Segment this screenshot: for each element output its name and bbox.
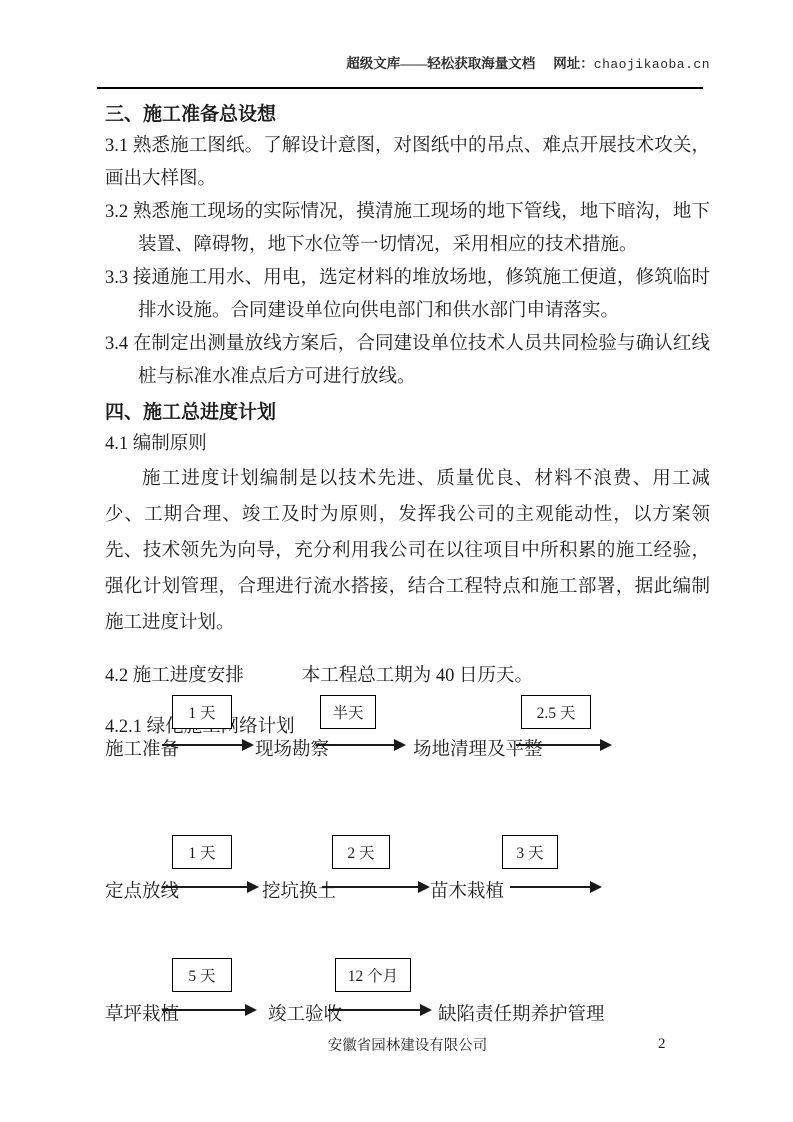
paragraph-3-2: 3.2 熟悉施工现场的实际情况，摸清施工现场的地下管线，地下暗沟，地下装置、障碍… bbox=[105, 196, 710, 262]
heading-4-1: 4.1 编制原则 bbox=[105, 428, 710, 461]
footer-page-number: 2 bbox=[658, 1036, 666, 1053]
flow-step-label: 竣工验收 bbox=[268, 1005, 342, 1025]
flow-step-label: 场地清理及平整 bbox=[413, 740, 543, 760]
flow-step-label: 定点放线 bbox=[105, 882, 179, 902]
duration-box: 半天 bbox=[320, 695, 376, 729]
flow-arrow bbox=[316, 744, 394, 746]
flow-arrow bbox=[328, 1009, 420, 1011]
header-url: chaojikaoba.cn bbox=[594, 57, 710, 72]
section-4-title: 四、施工总进度计划 bbox=[105, 398, 710, 428]
flow-arrow bbox=[516, 744, 600, 746]
paragraph-3-1: 3.1 熟悉施工图纸。了解设计意图，对图纸中的吊点、难点开展技术攻关，画出大样图… bbox=[105, 130, 710, 196]
flow-arrow bbox=[322, 886, 418, 888]
paragraph-3-4: 3.4 在制定出测量放线方案后，合同建设单位技术人员共同检验与确认红线桩与标准水… bbox=[105, 328, 710, 394]
duration-box: 12 个月 bbox=[335, 958, 411, 992]
flow-step-label: 施工准备 bbox=[105, 740, 179, 760]
paragraph-4-1-body: 施工进度计划编制是以技术先进、质量优良、材料不浪费、用工减少、工期合理、竣工及时… bbox=[105, 461, 710, 641]
flow-step-label: 缺陷责任期养护管理 bbox=[438, 1005, 605, 1025]
flow-step-label: 挖坑换土 bbox=[262, 882, 336, 902]
paragraph-3-3: 3.3 接通施工用水、用电，选定材料的堆放场地，修筑施工便道，修筑临时排水设施。… bbox=[105, 262, 710, 328]
flow-step-label: 草坪栽植 bbox=[105, 1005, 179, 1025]
footer-company-name: 安徽省园林建设有限公司 bbox=[105, 1034, 710, 1055]
flow-arrow bbox=[162, 1009, 245, 1011]
duration-box: 1 天 bbox=[172, 695, 232, 729]
heading-4-2: 4.2 施工进度安排 bbox=[105, 666, 244, 686]
flow-step-label: 现场勘察 bbox=[255, 740, 329, 760]
text-4-2-duration: 本工程总工期为 40 日历天。 bbox=[302, 666, 533, 686]
line-4-2: 4.2 施工进度安排本工程总工期为 40 日历天。 bbox=[105, 660, 710, 693]
document-page: 超级文库——轻松获取海量文档网址：chaojikaoba.cn 三、施工准备总设… bbox=[0, 0, 793, 1122]
flow-row-3: 5 天 12 个月 草坪栽植 竣工验收 缺陷责任期养护管理 bbox=[0, 953, 793, 1043]
duration-box: 2 天 bbox=[332, 835, 390, 869]
document-content: 三、施工准备总设想 3.1 熟悉施工图纸。了解设计意图，对图纸中的吊点、难点开展… bbox=[105, 100, 710, 744]
header-rule bbox=[97, 87, 703, 89]
flow-arrow bbox=[510, 886, 590, 888]
flow-arrow bbox=[162, 886, 247, 888]
page-header: 超级文库——轻松获取海量文档网址：chaojikaoba.cn bbox=[346, 52, 710, 72]
flow-row-1: 1 天 半天 2.5 天 施工准备 现场勘察 场地清理及平整 bbox=[0, 690, 793, 780]
duration-box: 2.5 天 bbox=[521, 695, 591, 729]
header-site-notice: 超级文库——轻松获取海量文档 bbox=[346, 56, 535, 71]
duration-box: 5 天 bbox=[172, 958, 232, 992]
duration-box: 3 天 bbox=[502, 835, 558, 869]
flow-step-label: 苗木栽植 bbox=[430, 882, 504, 902]
flow-row-2: 1 天 2 天 3 天 定点放线 挖坑换土 苗木栽植 bbox=[0, 830, 793, 920]
duration-box: 1 天 bbox=[172, 835, 232, 869]
header-url-label: 网址： bbox=[553, 56, 594, 71]
section-3-title: 三、施工准备总设想 bbox=[105, 100, 710, 130]
flow-arrow bbox=[162, 744, 242, 746]
